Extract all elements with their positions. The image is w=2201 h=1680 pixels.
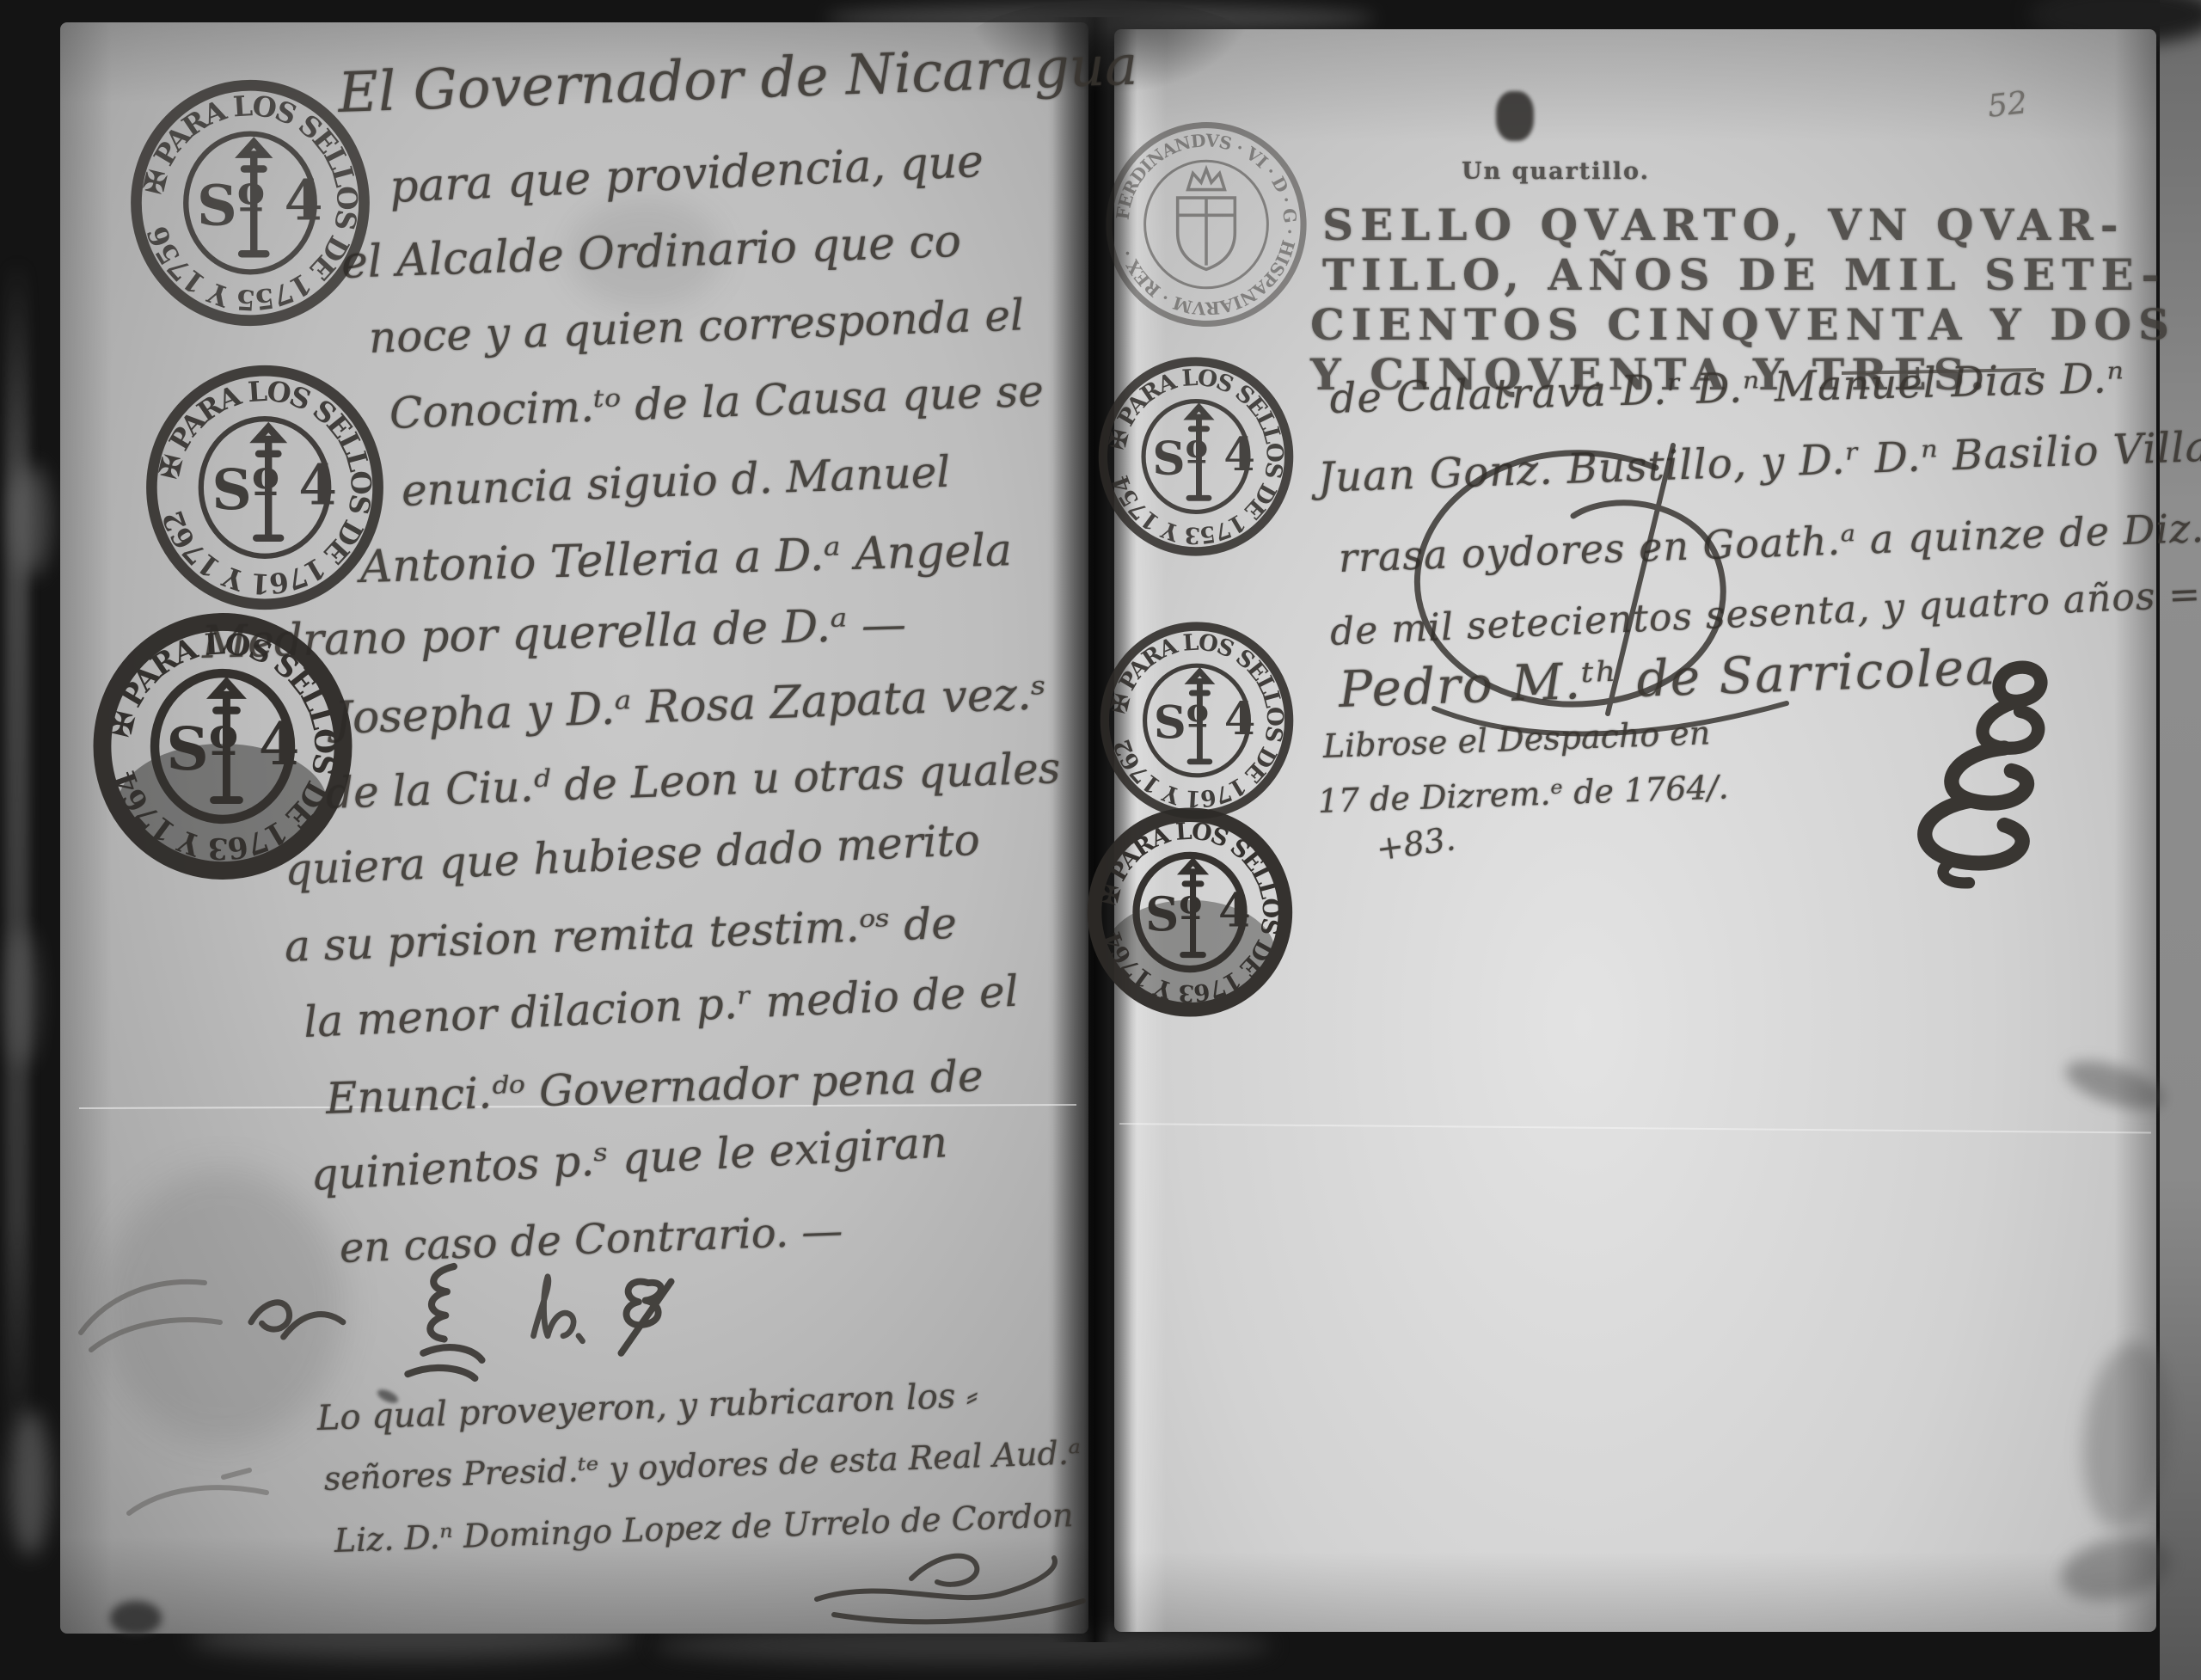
printers-cross-ornament — [1496, 91, 1534, 141]
rubric-mark-2 — [387, 1248, 499, 1407]
royal-coat-of-arms — [1178, 169, 1235, 270]
book-scan: El Governador de Nicaragua para que prov… — [0, 0, 2201, 1680]
printed-stamp-line: SELLO QVARTO, VN QVAR- — [1322, 199, 2125, 250]
tax-stamp-seal-1754: ✠ PARA LOS SELLOS DE 1753 Y 1754 Sº 4 — [1097, 356, 1295, 557]
tax-stamp-seal-1756: ✠ PARA LOS SELLOS DE 1755 Y 1756 Sº 4 — [129, 79, 371, 327]
printed-stamp-line: TILLO, AÑOS DE MIL SETE- — [1322, 249, 2166, 300]
folio-page-number: 52 — [1986, 85, 2029, 125]
tax-stamp-seal-1762-right: ✠ PARA LOS SELLOS DE 1761 Y 1762 Sº 4 — [1099, 621, 1295, 820]
ink-blot — [1873, 650, 2066, 895]
tax-stamp-seal-1762-left: ✠ PARA LOS SELLOS DE 1761 Y 1762 Sº 4 — [144, 365, 385, 610]
faint-scribble-left — [74, 1229, 254, 1358]
seal-center-number: 4 — [298, 454, 337, 518]
faint-scribble-bottom-left — [120, 1462, 310, 1539]
stamp-header: Un quartillo. — [1462, 158, 1650, 185]
seal-center-number: 4 — [284, 169, 322, 234]
seal-center-number: 4 — [259, 710, 300, 779]
printed-stamp-line: CIENTOS CINQVENTA Y DOS — [1310, 299, 2176, 350]
scan-edge-highlight-left — [5, 258, 29, 1462]
scan-edge-blob-2 — [7, 929, 38, 1066]
royal-seal-ferdinand-vi: FERDINANDVS · VI · D · G · HISPANIARVM ·… — [1104, 107, 1309, 342]
rubric-mark-3 — [512, 1266, 589, 1369]
tax-stamp-seal-1764-right: ✠ PARA LOS SELLOS DE 1763 Y 1764 Sº 4 — [1088, 810, 1291, 1015]
scan-edge-blob-1 — [14, 464, 50, 576]
closing-underline-flourish — [808, 1544, 1092, 1626]
ink-speck-2 — [110, 1601, 162, 1635]
tax-stamp-seal-1764-left: ✠ PARA LOS SELLOS DE 1763 Y 1764 Sº 4 — [95, 617, 351, 875]
seal-center-number: 4 — [1218, 883, 1251, 938]
rubric-mark-4 — [604, 1262, 698, 1374]
scan-edge-blob-3 — [10, 1410, 50, 1556]
seal-center-number: 4 — [1224, 693, 1256, 745]
seal-center-number: 4 — [1223, 428, 1255, 481]
